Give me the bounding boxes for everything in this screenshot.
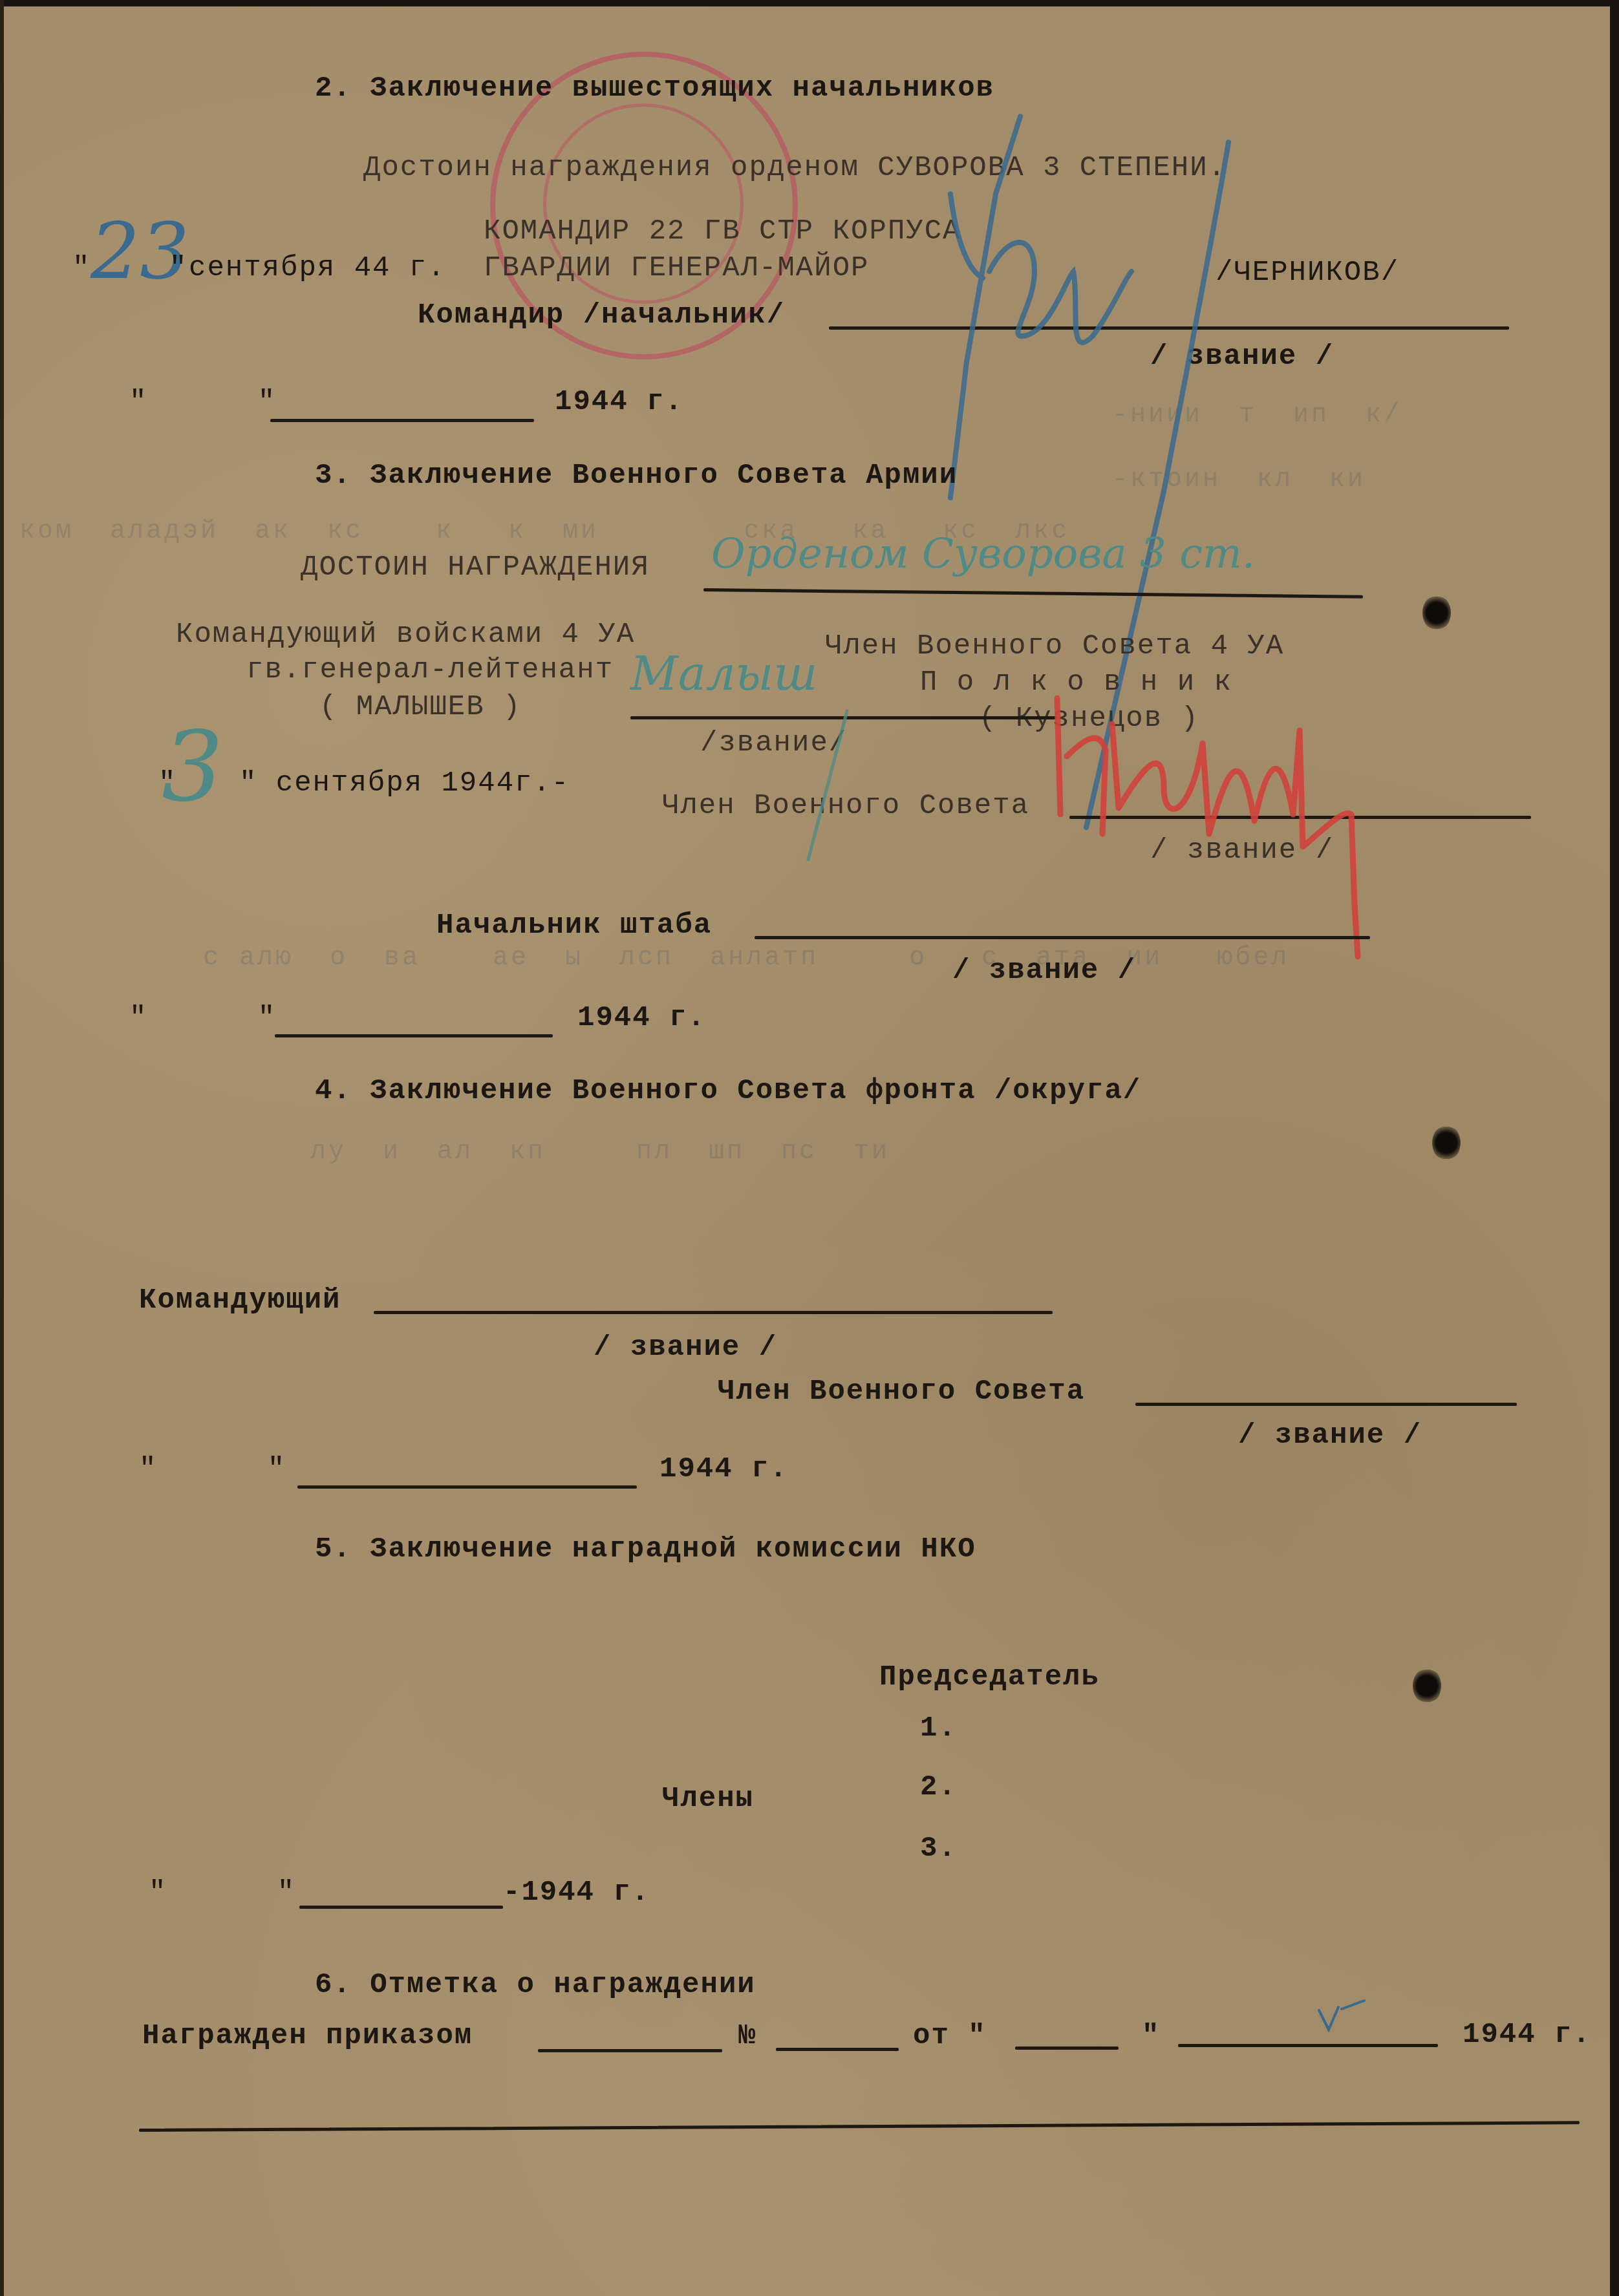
blue-pencil-mark xyxy=(0,0,1619,2296)
